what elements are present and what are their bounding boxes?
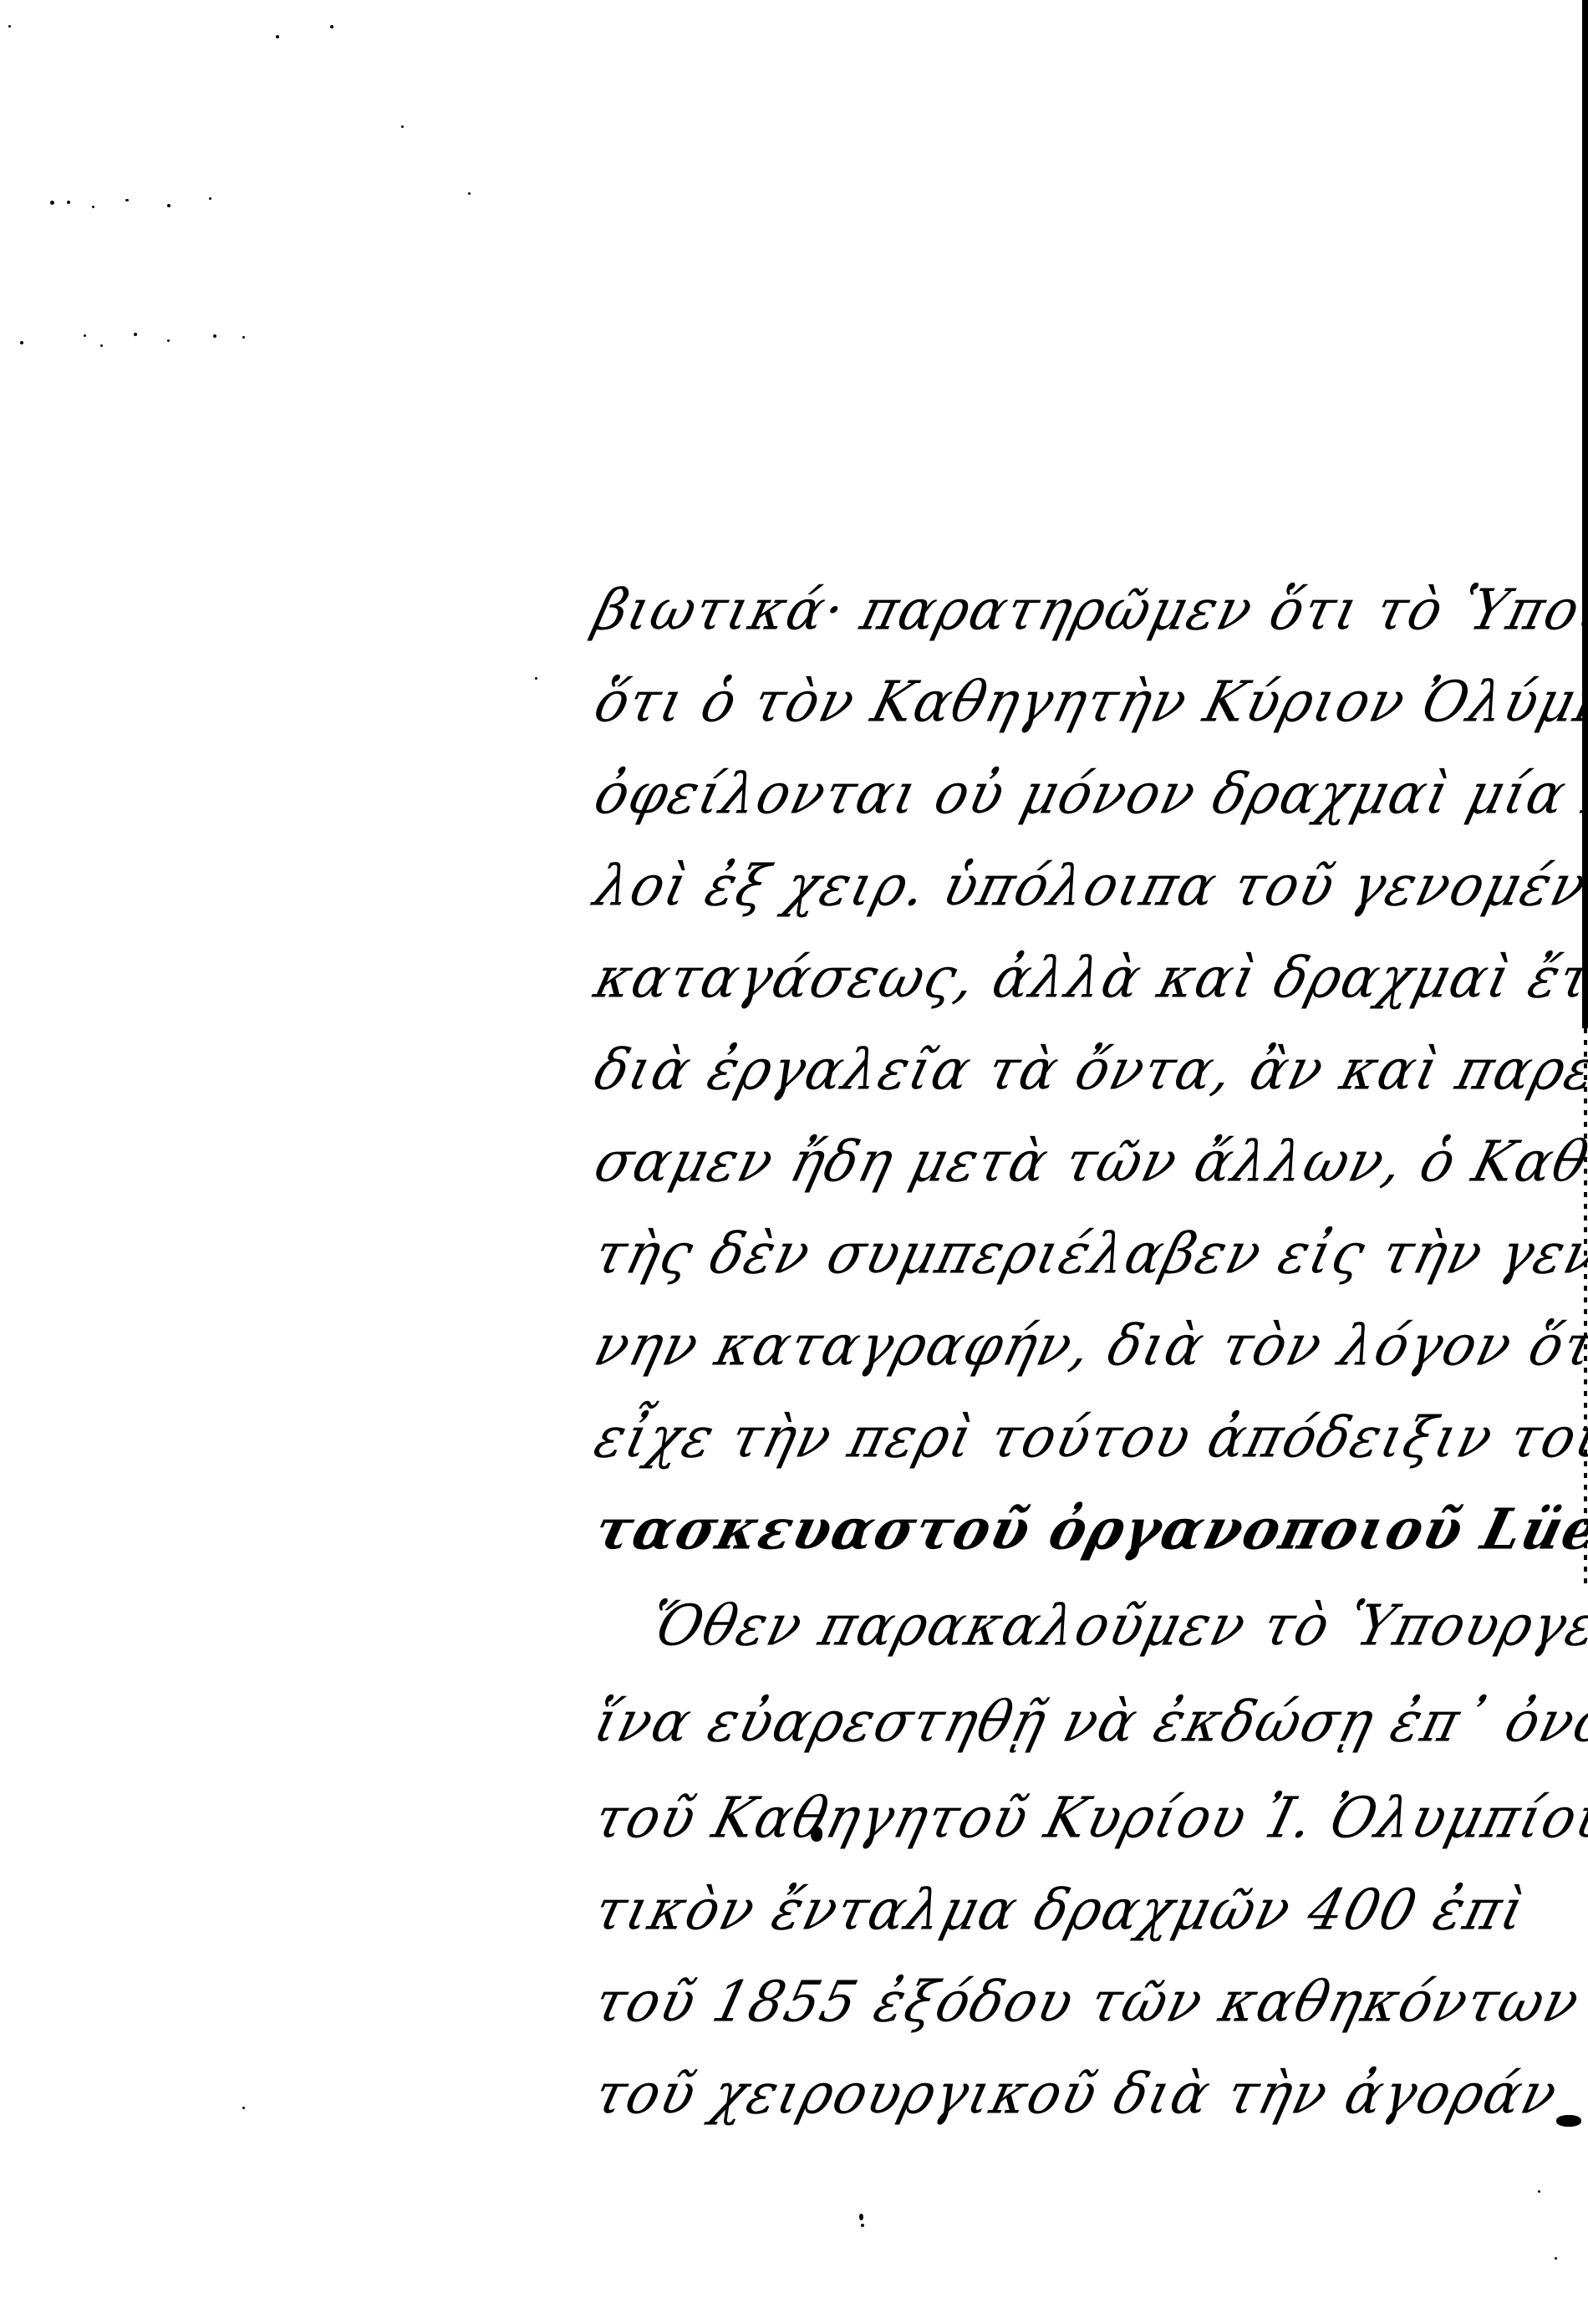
- ink-blot: [811, 1827, 822, 1842]
- text-line-4: λοὶ ἐξ χειρ. ὑπόλοιπα τοῦ γενομένου: [589, 859, 1588, 915]
- text-line-16: τοῦ 1855 ἐξόδου τῶν καθηκόντων: [589, 1975, 1585, 2031]
- text-line-1: βιωτικά· παρατηρῶμεν ὅτι τὸ Ὑπουργεῖον: [589, 583, 1588, 639]
- text-line-8: τὴς δὲν συμπεριέλαβεν εἰς τὴν γενομέ-: [589, 1226, 1588, 1282]
- text-line-13: ἵνα εὐαρεστηθῇ νὰ ἐκδώσῃ ἐπ᾽ ὀνόματι: [589, 1695, 1588, 1751]
- ink-blot: [1556, 2115, 1581, 2127]
- text-line-6: διὰ ἐργαλεῖα τὰ ὄντα, ἂν καὶ παρεδώ-: [589, 1042, 1588, 1098]
- text-line-2: ὅτι ὁ τὸν Καθηγητὴν Κύριον Ὀλύμπιον: [589, 675, 1588, 731]
- text-line-12: Ὅθεν παρακαλοῦμεν τὸ Ὑπουργεῖον: [644, 1598, 1588, 1654]
- text-line-10: εἶχε τὴν περὶ τούτου ἀπόδειξιν τοῦ κα-: [589, 1410, 1588, 1466]
- text-line-15: τικὸν ἔνταλμα δραχμῶν 400 ἐπὶ: [589, 1883, 1532, 1939]
- text-line-11: τασκευαστοῦ ὀργανοποιοῦ Lüer.: [589, 1502, 1588, 1558]
- text-line-5: καταγάσεως, ἀλλὰ καὶ δραχμαὶ ἔτι 5136: [589, 950, 1588, 1007]
- text-line-17: τοῦ χειρουργικοῦ διὰ τὴν ἀγοράν: [589, 2067, 1564, 2123]
- manuscript-page: βιωτικά· παρατηρῶμεν ὅτι τὸ Ὑπουργεῖον ὅ…: [0, 0, 1588, 2324]
- text-line-3: ὀφείλονται οὐ μόνον δραχμαὶ μία καὶ ὀβο-: [589, 767, 1588, 823]
- text-line-7: σαμεν ἤδη μετὰ τῶν ἄλλων, ὁ Καθηγη-: [589, 1134, 1588, 1190]
- text-line-14: τοῦ Καθηγητοῦ Κυρίου Ἰ. Ὀλυμπίου χρημα-: [589, 1791, 1588, 1847]
- text-line-9: νην καταγραφήν, διὰ τὸν λόγον ὅτι δὲν: [589, 1318, 1588, 1374]
